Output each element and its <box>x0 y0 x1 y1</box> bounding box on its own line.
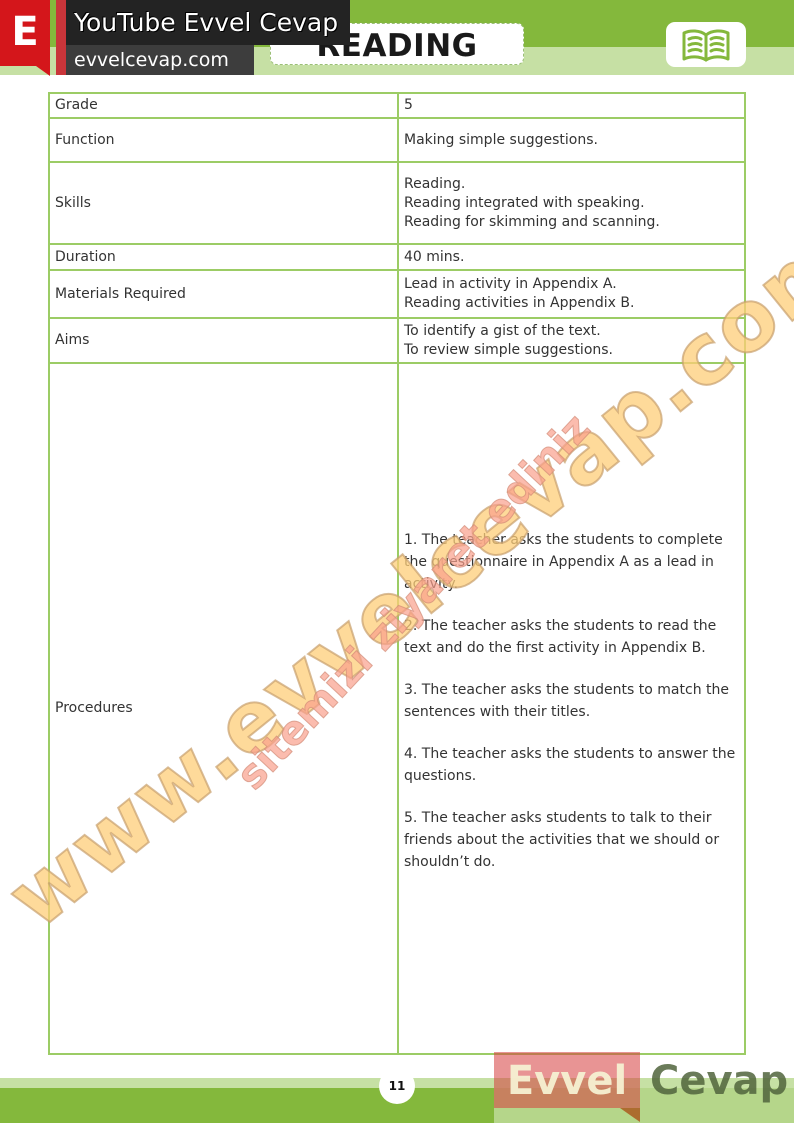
row-value: Lead in activity in Appendix A.Reading a… <box>398 270 745 318</box>
row-value: To identify a gist of the text.To review… <box>398 318 745 363</box>
procedure-steps: 1. The teacher asks the students to comp… <box>398 363 745 1054</box>
procedure-step: 5. The teacher asks students to talk to … <box>404 807 739 873</box>
brand-site-link[interactable]: evvelcevap.com <box>66 45 254 75</box>
row-value: Reading.Reading integrated with speaking… <box>398 162 745 244</box>
footer-logo-cevap: Cevap <box>650 1052 788 1108</box>
brand-stripe <box>56 0 66 75</box>
row-value: 40 mins. <box>398 244 745 270</box>
brand-youtube-label: YouTube Evvel Cevap <box>66 0 350 45</box>
row-label: Skills <box>49 162 398 244</box>
row-value-line: Reading integrated with speaking. <box>404 194 739 213</box>
row-value-line: To identify a gist of the text. <box>404 322 739 341</box>
footer-logo-tail <box>620 1108 640 1122</box>
row-value: 5 <box>398 93 745 118</box>
row-label: Grade <box>49 93 398 118</box>
row-label: Function <box>49 118 398 162</box>
row-label: Duration <box>49 244 398 270</box>
row-value-line: Reading. <box>404 175 739 194</box>
row-value-line: To review simple suggestions. <box>404 341 739 360</box>
row-label: Materials Required <box>49 270 398 318</box>
row-value-line: 5 <box>404 96 739 115</box>
section-icon-box <box>666 22 746 67</box>
procedure-step: 4. The teacher asks the students to answ… <box>404 743 739 787</box>
table-row: Grade5 <box>49 93 745 118</box>
row-value-line: Lead in activity in Appendix A. <box>404 275 739 294</box>
table-row: FunctionMaking simple suggestions. <box>49 118 745 162</box>
procedure-step: 1. The teacher asks the students to comp… <box>404 529 739 595</box>
procedure-step: 3. The teacher asks the students to matc… <box>404 679 739 723</box>
open-book-icon <box>681 27 731 63</box>
row-value-line: Reading activities in Appendix B. <box>404 294 739 313</box>
table-row: Materials RequiredLead in activity in Ap… <box>49 270 745 318</box>
brand-logo-tail <box>36 66 50 76</box>
row-label: Aims <box>49 318 398 363</box>
table-row: AimsTo identify a gist of the text.To re… <box>49 318 745 363</box>
row-value-line: 40 mins. <box>404 248 739 267</box>
brand-logo-e: E <box>0 0 50 66</box>
table-row: SkillsReading.Reading integrated with sp… <box>49 162 745 244</box>
row-value-line: Reading for skimming and scanning. <box>404 213 739 232</box>
table-row-procedures: Procedures1. The teacher asks the studen… <box>49 363 745 1054</box>
row-label: Procedures <box>49 363 398 1054</box>
table-row: Duration40 mins. <box>49 244 745 270</box>
row-value: Making simple suggestions. <box>398 118 745 162</box>
lesson-plan-table: Grade5FunctionMaking simple suggestions.… <box>48 92 746 1055</box>
footer-logo-evvel: Evvel <box>494 1052 640 1108</box>
page-number: 11 <box>379 1068 415 1104</box>
procedure-step: 2. The teacher asks the students to read… <box>404 615 739 659</box>
row-value-line: Making simple suggestions. <box>404 131 739 150</box>
